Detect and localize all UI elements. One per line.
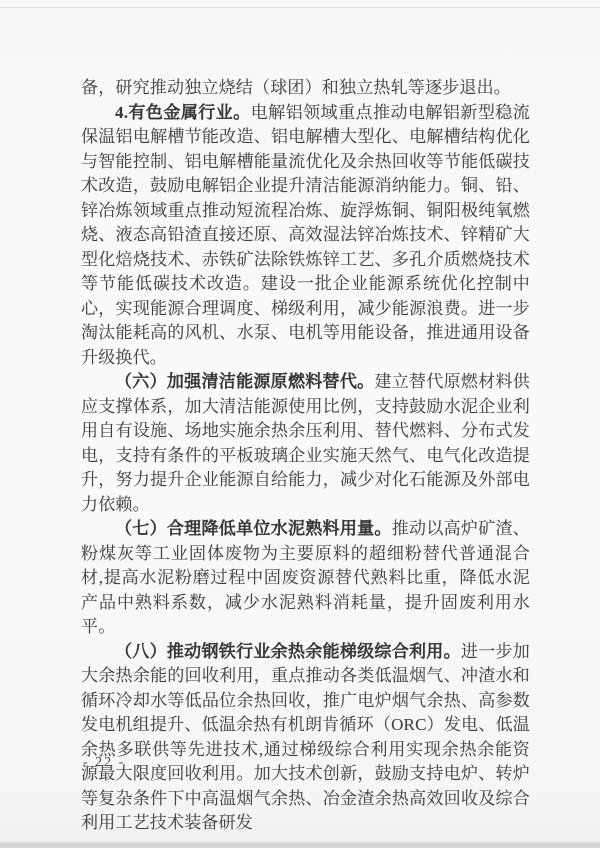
paragraph-lead: （六）加强清洁能源原燃料替代。 [115, 372, 374, 391]
paragraph-section-6-clean-energy: （六）加强清洁能源原燃料替代。建立替代原燃材料供应支撑体系，加大清洁能源使用比例… [81, 370, 530, 517]
document-body: 备，研究推动独立烧结（球团）和独立热轧等逐步退出。 4.有色金属行业。电解铝领域… [81, 76, 530, 836]
paragraph-text: 建立替代原燃材料供应支撑体系，加大清洁能源使用比例，支持鼓励水泥企业利用自有设施… [81, 372, 530, 514]
page-number: - 22 - [83, 755, 125, 771]
paragraph-section-7-cement-clinker: （七）合理降低单位水泥熟料用量。推动以高炉矿渣、粉煤灰等工业固体废物为主要原料的… [81, 517, 530, 640]
paragraph-lead: 4.有色金属行业。 [115, 103, 251, 122]
paragraph-text: 电解铝领域重点推动电解铝新型稳流保温铝电解槽节能改造、铝电解槽大型化、电解槽结构… [81, 103, 530, 367]
paragraph-lead: （七）合理降低单位水泥熟料用量。 [115, 519, 392, 538]
scan-artifact-bottom-edge [0, 841, 600, 848]
paragraph-text: 进一步加大余热余能的回收利用，重点推动各类低温烟气、冲渣水和循环冷却水等低品位余… [81, 642, 530, 833]
scan-artifact-top-line [0, 7, 600, 8]
document-page: 备，研究推动独立烧结（球团）和独立热轧等逐步退出。 4.有色金属行业。电解铝领域… [0, 0, 600, 848]
paragraph-continuation: 备，研究推动独立烧结（球团）和独立热轧等逐步退出。 [81, 76, 530, 101]
paragraph-text: 备，研究推动独立烧结（球团）和独立热轧等逐步退出。 [81, 78, 511, 97]
paragraph-nonferrous-metals: 4.有色金属行业。电解铝领域重点推动电解铝新型稳流保温铝电解槽节能改造、铝电解槽… [81, 101, 530, 371]
paragraph-section-8-steel-waste-heat: （八）推动钢铁行业余热余能梯级综合利用。进一步加大余热余能的回收利用，重点推动各… [81, 640, 530, 836]
paragraph-lead: （八）推动钢铁行业余热余能梯级综合利用。 [115, 642, 461, 661]
